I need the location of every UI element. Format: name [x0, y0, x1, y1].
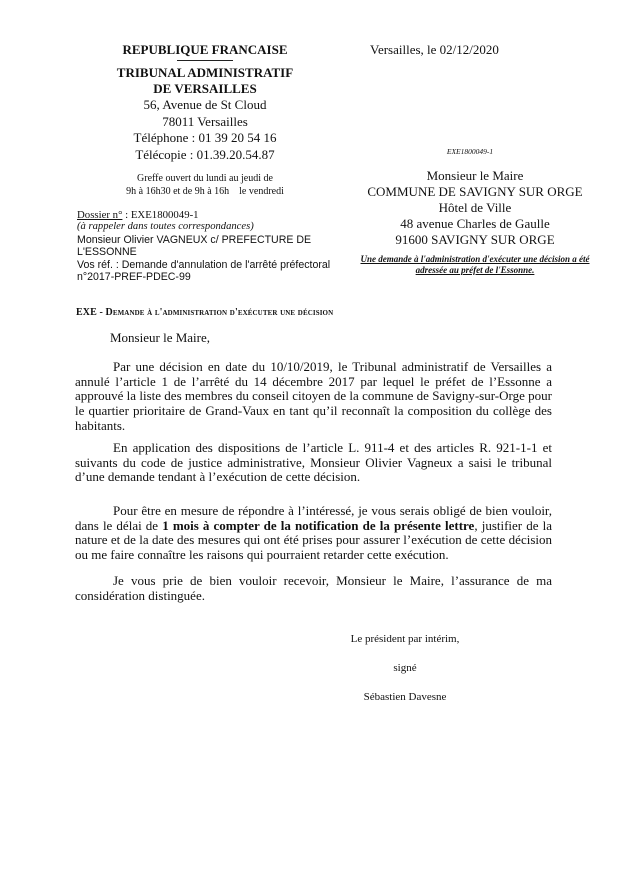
notice-text: Une demande à l'administration d'exécute…	[350, 254, 600, 276]
dossier-number-line: Dossier n° : EXE1800049-1	[77, 209, 357, 221]
court-phone: Téléphone : 01 39 20 54 16	[70, 130, 340, 147]
signatory-title: Le président par intérim,	[330, 633, 480, 645]
paragraph-request-deadline: 1 mois à compter de la notification de l…	[162, 518, 474, 533]
court-letterhead: REPUBLIQUE FRANCAISE TRIBUNAL ADMINISTRA…	[70, 42, 340, 163]
court-city: 78011 Versailles	[70, 114, 340, 131]
recipient-address: Monsieur le Maire COMMUNE DE SAVIGNY SUR…	[350, 168, 600, 248]
signature-mark: signé	[330, 662, 480, 674]
office-hours: Greffe ouvert du lundi au jeudi de 9h à …	[70, 172, 340, 198]
recipient-line1: Monsieur le Maire	[350, 168, 600, 184]
recipient-line5: 91600 SAVIGNY SUR ORGE	[350, 232, 600, 248]
signatory-name: Sébastien Davesne	[330, 691, 480, 703]
court-street: 56, Avenue de St Cloud	[70, 97, 340, 114]
dossier-note: (à rappeler dans toutes correspondances)	[77, 221, 357, 233]
dossier-number: EXE1800049-1	[131, 209, 199, 221]
republic-heading: REPUBLIQUE FRANCAISE	[70, 42, 340, 58]
dossier-your-ref: Vos réf. : Demande d'annulation de l'arr…	[77, 259, 357, 284]
office-hours-line2: 9h à 16h30 et de 9h à 16h le vendredi	[70, 185, 340, 198]
small-reference: EXE1800049-1	[400, 147, 540, 156]
court-fax: Télécopie : 01.39.20.54.87	[70, 147, 340, 164]
dossier-label: Dossier n°	[77, 209, 122, 221]
recipient-line2: COMMUNE DE SAVIGNY SUR ORGE	[350, 184, 600, 200]
paragraph-decision: Par une décision en date du 10/10/2019, …	[75, 360, 552, 434]
paragraph-closing: Je vous prie de bien vouloir recevoir, M…	[75, 574, 552, 603]
paragraph-closing-text: Je vous prie de bien vouloir recevoir, M…	[75, 573, 552, 603]
salutation: Monsieur le Maire,	[110, 330, 210, 346]
recipient-line4: 48 avenue Charles de Gaulle	[350, 216, 600, 232]
dossier-block: Dossier n° : EXE1800049-1 (à rappeler da…	[77, 209, 357, 283]
recipient-line3: Hôtel de Ville	[350, 200, 600, 216]
paragraph-request: Pour être en mesure de répondre à l’inté…	[75, 504, 552, 563]
dossier-parties: Monsieur Olivier VAGNEUX c/ PREFECTURE D…	[77, 234, 357, 259]
office-hours-line1: Greffe ouvert du lundi au jeudi de	[70, 172, 340, 185]
court-name-line2: DE VERSAILLES	[70, 81, 340, 97]
heading-divider	[177, 60, 233, 61]
paragraph-application: En application des dispositions de l’art…	[75, 441, 552, 485]
subject-line: EXE - Demande à l'administration d'exécu…	[76, 307, 333, 318]
paragraph-application-text: En application des dispositions de l’art…	[75, 440, 552, 484]
dossier-separator: :	[122, 209, 130, 221]
court-name-line1: TRIBUNAL ADMINISTRATIF	[70, 65, 340, 81]
letter-date: Versailles, le 02/12/2020	[370, 42, 570, 58]
paragraph-decision-text: Par une décision en date du 10/10/2019, …	[75, 359, 552, 433]
